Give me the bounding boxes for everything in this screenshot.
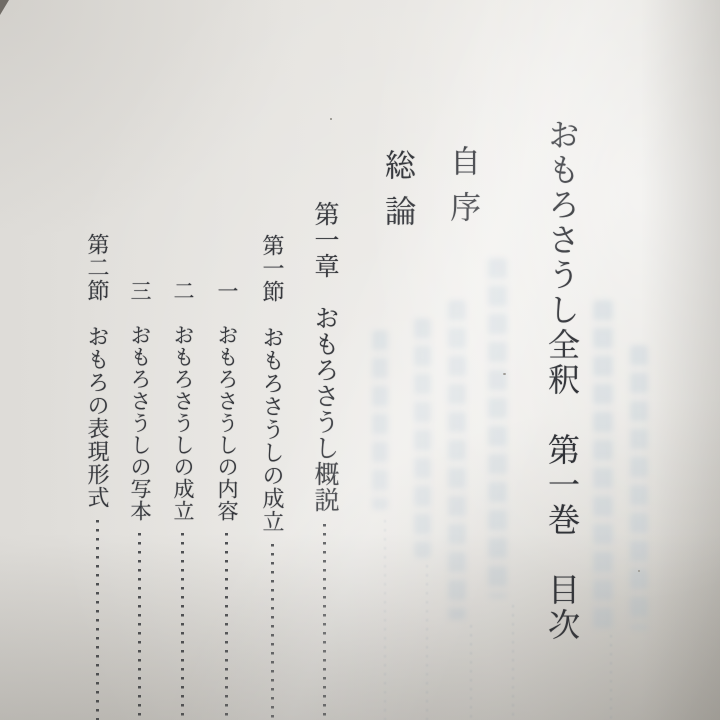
dot-leader	[225, 533, 228, 720]
dot-leader	[271, 544, 274, 720]
front-matter-intro: 総論	[382, 149, 413, 241]
toc-entry-text: 三 おもろさうしの写本	[129, 280, 150, 522]
front-matter-preface: 自序	[447, 145, 478, 237]
bleedthrough-text-ghost	[448, 300, 466, 620]
toc-entry-section-1-2: 第二節 おもろの表現形式	[86, 233, 108, 720]
bleedthrough-text-ghost	[630, 345, 648, 630]
book-title-text: おもろさうし全釈 第一巻 目次	[546, 118, 578, 643]
photo-corner-artifact	[0, 0, 9, 15]
book-page-photo: おもろさうし全釈 第一巻 目次 自序 総論 第一章 おもろさうし概説 第一節 お…	[0, 0, 720, 720]
paper-speck	[638, 570, 640, 572]
toc-entry-text: 第一章 おもろさうし概説	[312, 201, 337, 513]
book-title: おもろさうし全釈 第一巻 目次	[546, 118, 578, 643]
toc-entry-text: 第二節 おもろの表現形式	[86, 233, 108, 509]
toc-entry-text: 二 おもろさうしの成立	[172, 280, 193, 522]
intro-label: 総論	[382, 149, 413, 241]
bleedthrough-leader-ghost	[470, 625, 472, 720]
toc-entry-item-3: 三 おもろさうしの写本	[129, 280, 150, 720]
toc-entry-item-2: 二 おもろさうしの成立	[172, 280, 193, 720]
bleedthrough-text-ghost	[414, 318, 431, 558]
toc-entry-item-1: 一 おもろさうしの内容	[216, 280, 237, 720]
bleedthrough-leader-ghost	[610, 635, 612, 720]
dot-leader	[181, 533, 184, 720]
bleedthrough-text-ghost	[488, 258, 507, 598]
toc-entry-chapter-1: 第一章 おもろさうし概説	[312, 201, 337, 720]
paper-speck	[330, 118, 332, 120]
bleedthrough-text-ghost	[372, 330, 388, 510]
dot-leader	[323, 524, 326, 720]
toc-entry-section-1-1: 第一節 おもろさうしの成立	[261, 234, 283, 720]
toc-entry-text: 第一節 おもろさうしの成立	[261, 234, 283, 533]
toc-entry-text: 一 おもろさうしの内容	[216, 280, 237, 522]
preface-label: 自序	[447, 145, 478, 237]
bleedthrough-text-ghost	[593, 300, 613, 630]
dot-leader	[96, 520, 99, 720]
dot-leader	[138, 533, 141, 720]
bleedthrough-leader-ghost	[384, 520, 386, 720]
bleedthrough-leader-ghost	[426, 565, 428, 720]
paper-speck	[503, 373, 506, 375]
bleedthrough-leader-ghost	[512, 605, 514, 720]
